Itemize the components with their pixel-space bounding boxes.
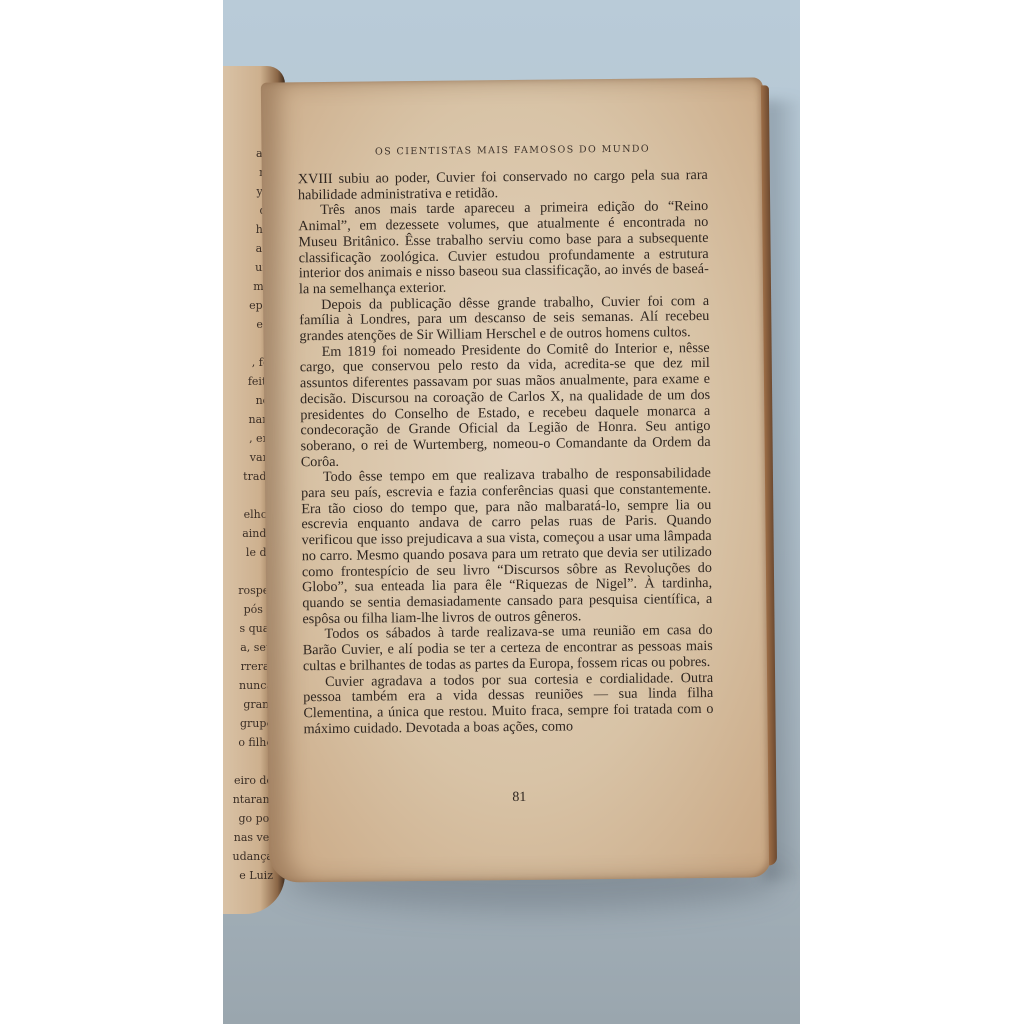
paragraph: Cuvier agradava a todos por sua cortesia… xyxy=(303,670,714,737)
page-number: 81 xyxy=(268,787,770,808)
body-text: XVIII subiu ao poder, Cuvier foi conserv… xyxy=(298,168,714,738)
paragraph: Todo êsse tempo em que realizava trabalh… xyxy=(301,466,713,627)
left-page-fragment: go po- xyxy=(233,809,274,828)
left-page-fragment: ntaram xyxy=(233,790,274,809)
paragraph: Depois da publicação dêsse grande trabal… xyxy=(299,294,709,345)
paragraph: Todos os sábados à tarde realizava-se um… xyxy=(303,623,713,674)
running-head: OS CIENTISTAS MAIS FAMOSOS DO MUNDO xyxy=(262,142,764,158)
book-photo: amm,yo-dehe-an-un-ms-epa-e o , foifeiton… xyxy=(223,0,800,1024)
left-page-fragment: nas ve- xyxy=(233,828,274,847)
right-page: OS CIENTISTAS MAIS FAMOSOS DO MUNDO XVII… xyxy=(261,77,771,882)
left-page-fragment: e Luiz xyxy=(233,866,274,885)
paragraph: Três anos mais tarde apareceu a primeira… xyxy=(298,199,709,298)
left-page-fragment: udança xyxy=(233,847,274,866)
left-page-fragment: eiro de xyxy=(233,771,274,790)
paragraph: Em 1819 foi nomeado Presidente do Comitê… xyxy=(300,341,711,471)
